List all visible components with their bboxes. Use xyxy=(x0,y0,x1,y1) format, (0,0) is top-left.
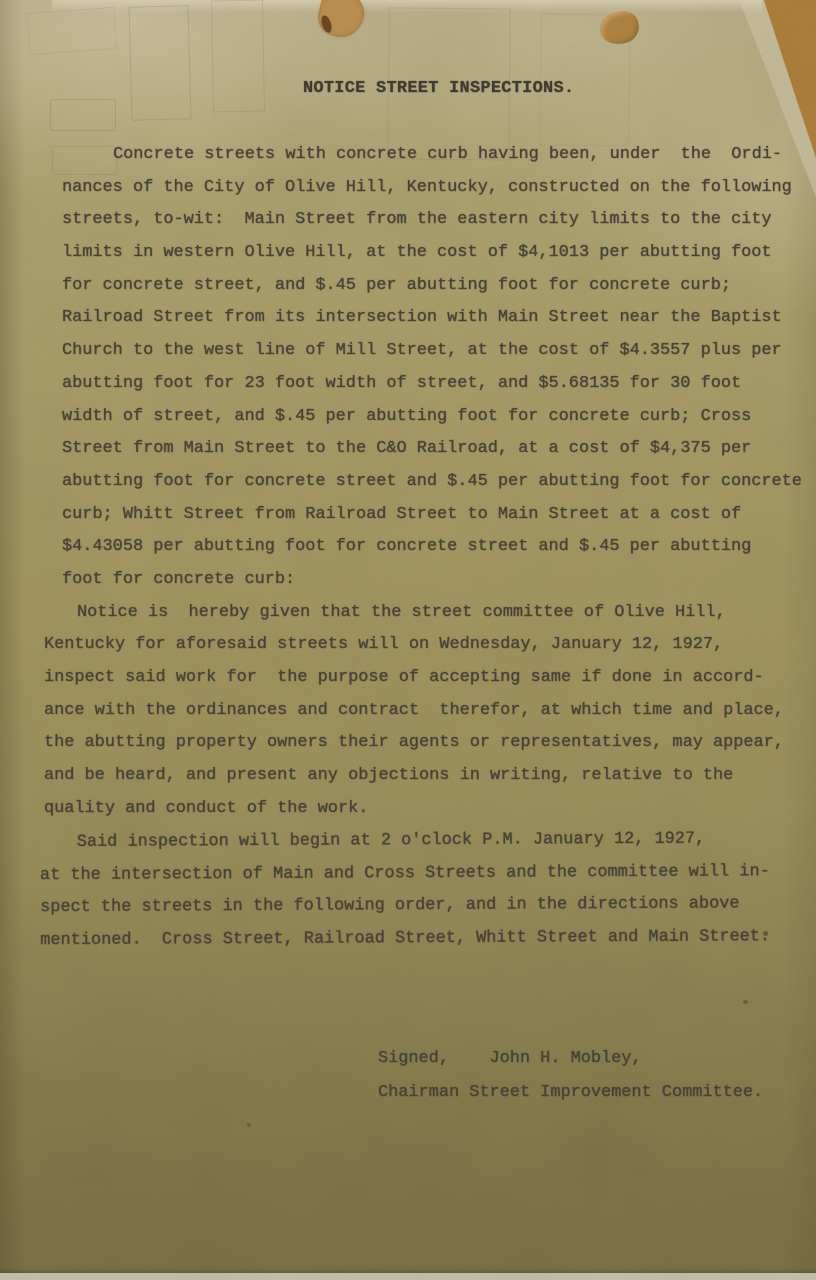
document-title: NOTICE STREET INSPECTIONS. xyxy=(303,73,574,106)
document-line: Kentucky for aforesaid streets will on W… xyxy=(44,629,816,662)
document-line: abutting foot for 23 foot width of stree… xyxy=(62,368,816,401)
document-line: the abutting property owners their agent… xyxy=(44,727,816,760)
document-line: Notice is hereby given that the street c… xyxy=(44,597,816,630)
document-line: limits in western Olive Hill, at the cos… xyxy=(62,237,816,270)
document-line: curb; Whitt Street from Railroad Street … xyxy=(62,499,816,532)
scanned-document-page: NOTICE STREET INSPECTIONS. Concrete stre… xyxy=(0,0,816,1280)
document-line: Railroad Street from its intersection wi… xyxy=(62,302,816,335)
signature-line: Signed, John H. Mobley, xyxy=(378,1042,763,1076)
document-line: and be heard, and present any objections… xyxy=(44,760,816,793)
scan-bottom-edge xyxy=(0,1273,816,1280)
document-line: nances of the City of Olive Hill, Kentuc… xyxy=(62,172,816,205)
ink-speck xyxy=(763,931,768,936)
document-line: quality and conduct of the work. xyxy=(44,793,816,826)
document-line: Said inspection will begin at 2 o'clock … xyxy=(40,823,816,860)
signature-title-line: Chairman Street Improvement Committee. xyxy=(378,1076,763,1110)
ghost-impression xyxy=(211,0,265,112)
paragraph-street-costs: Concrete streets with concrete curb havi… xyxy=(62,139,816,597)
document-line: mentioned. Cross Street, Railroad Street… xyxy=(40,921,816,958)
document-line: ance with the ordinances and contract th… xyxy=(44,695,816,728)
document-line: $4.43058 per abutting foot for concrete … xyxy=(62,531,816,564)
document-line: at the intersection of Main and Cross St… xyxy=(40,856,816,893)
ghost-impression xyxy=(27,7,118,55)
document-line: Church to the west line of Mill Street, … xyxy=(62,335,816,368)
ink-speck xyxy=(247,1123,251,1127)
document-line: for concrete street, and $.45 per abutti… xyxy=(62,270,816,303)
document-line: Concrete streets with concrete curb havi… xyxy=(62,139,816,172)
paragraph-inspection-schedule: Said inspection will begin at 2 o'clock … xyxy=(40,823,816,958)
ink-speck xyxy=(743,1000,748,1004)
document-body: Concrete streets with concrete curb havi… xyxy=(0,139,816,956)
signature-block: Signed, John H. Mobley, Chairman Street … xyxy=(378,1042,763,1110)
document-line: abutting foot for concrete street and $.… xyxy=(62,466,816,499)
document-line: inspect said work for the purpose of acc… xyxy=(44,662,816,695)
document-line: width of street, and $.45 per abutting f… xyxy=(62,401,816,434)
document-line: streets, to-wit: Main Street from the ea… xyxy=(62,204,816,237)
document-line: Street from Main Street to the C&O Railr… xyxy=(62,433,816,466)
ghost-impression xyxy=(129,5,192,121)
document-line: foot for concrete curb: xyxy=(62,564,816,597)
document-line: spect the streets in the following order… xyxy=(40,889,816,926)
ghost-impression xyxy=(50,99,116,131)
paragraph-notice: Notice is hereby given that the street c… xyxy=(44,597,816,826)
